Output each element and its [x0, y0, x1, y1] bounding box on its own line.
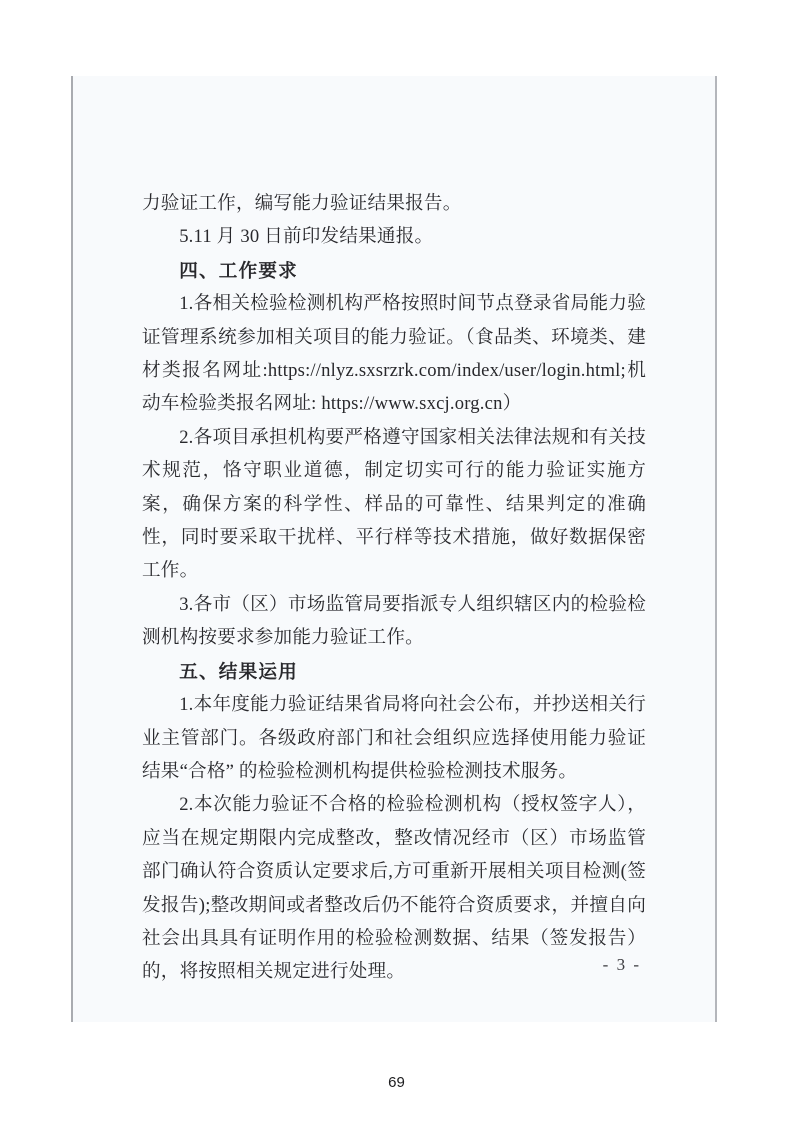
section-heading: 四、工作要求 — [142, 254, 646, 287]
viewer-page-label: 69 — [0, 1074, 793, 1091]
paragraph: 1.本年度能力验证结果省局将向社会公布，并抄送相关行业主管部门。各级政府部门和社… — [142, 688, 646, 788]
paragraph: 5.11 月 30 日前印发结果通报。 — [142, 220, 646, 253]
paragraph: 力验证工作，编写能力验证结果报告。 — [142, 187, 646, 220]
document-page: 力验证工作，编写能力验证结果报告。5.11 月 30 日前印发结果通报。四、工作… — [71, 76, 717, 1022]
page-number: - 3 - — [603, 955, 641, 975]
page-content: 力验证工作，编写能力验证结果报告。5.11 月 30 日前印发结果通报。四、工作… — [142, 187, 646, 989]
section-heading: 五、结果运用 — [142, 655, 646, 688]
paragraph: 2.本次能力验证不合格的检验检测机构（授权签字人），应当在规定期限内完成整改，整… — [142, 788, 646, 988]
paragraph: 2.各项目承担机构要严格遵守国家相关法律法规和有关技术规范，恪守职业道德，制定切… — [142, 421, 646, 588]
paragraph: 3.各市（区）市场监管局要指派专人组织辖区内的检验检测机构按要求参加能力验证工作… — [142, 588, 646, 655]
paragraph: 1.各相关检验检测机构严格按照时间节点登录省局能力验证管理系统参加相关项目的能力… — [142, 287, 646, 421]
